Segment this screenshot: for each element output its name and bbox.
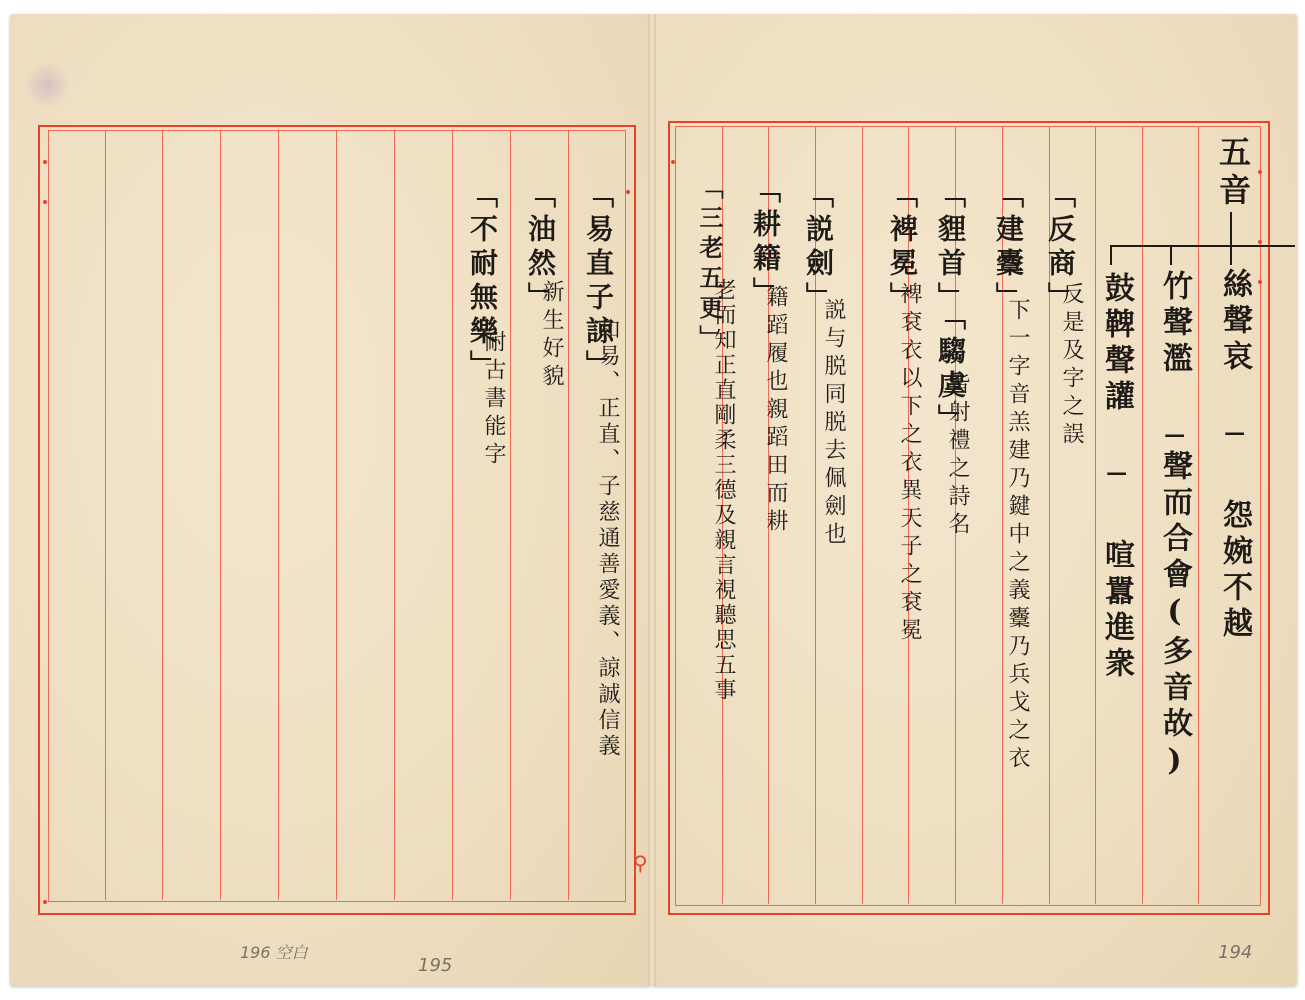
diagram-connector xyxy=(1230,245,1232,265)
right-column-rule xyxy=(862,127,863,904)
entry-term: 「建櫜」 xyxy=(988,180,1028,316)
entry-term: 「説劍」 xyxy=(798,180,838,316)
diagram-branch-2-head: 竹聲濫 ─ xyxy=(1152,270,1196,460)
pencil-note: 196 空白 xyxy=(240,940,308,963)
margin-dot xyxy=(1258,280,1262,284)
left-column-rule xyxy=(510,131,511,900)
entry-note: 耐古書能字 xyxy=(478,330,509,470)
page-number-left: 195 xyxy=(418,955,452,976)
entry-note: 下一字音羔建乃鍵中之義櫜乃兵戈之衣 xyxy=(1002,298,1033,774)
right-column-rule xyxy=(1198,127,1199,904)
left-column-rule xyxy=(568,131,569,900)
diagram-connector xyxy=(1110,245,1112,265)
diagram-branch-3: 鼓鞞聲讙 ─ 喧囂進衆 xyxy=(1094,272,1138,683)
book-gutter xyxy=(648,14,656,986)
diagram-connector xyxy=(1170,245,1172,265)
page-number-right: 194 xyxy=(1218,942,1252,963)
margin-dot xyxy=(1258,240,1262,244)
entry-note: 老而知正直剛柔三德及親言視聽思五事 xyxy=(708,278,739,703)
left-column-rule xyxy=(452,131,453,900)
diagram-branch-2-tail: 聲而合會(多音故) xyxy=(1152,450,1196,784)
diagram-branch-1: 絲聲哀 ─ 怨婉不越 xyxy=(1212,268,1256,643)
ink-stain xyxy=(25,60,70,110)
left-column-rule xyxy=(278,131,279,900)
left-column-rule xyxy=(105,131,106,900)
left-column-rule xyxy=(162,131,163,900)
margin-dot xyxy=(671,160,675,164)
entry-note: 説与脱同脱去佩劍也 xyxy=(818,298,849,550)
margin-dot xyxy=(1258,170,1262,174)
left-column-rule xyxy=(336,131,337,900)
entry-note: 新生好貌 xyxy=(536,280,567,392)
left-column-rule xyxy=(394,131,395,900)
margin-dot xyxy=(43,160,47,164)
entry-note: 籍蹈履也親蹈田而耕 xyxy=(760,285,791,537)
margin-dot xyxy=(43,200,47,204)
entry-note: 裨袞衣以下之衣異天子之袞冕 xyxy=(894,282,925,646)
diagram-connector xyxy=(1110,245,1295,247)
margin-dot xyxy=(626,190,630,194)
left-column-rule xyxy=(220,131,221,900)
section-title: 五音 xyxy=(1210,135,1256,211)
entry-note: 反是及字之誤 xyxy=(1056,282,1087,450)
right-column-rule xyxy=(1142,127,1143,904)
entry-note: 和易、正直、子慈通善愛義、諒誠信義 xyxy=(592,318,623,760)
entry-note: 皆射禮之詩名 xyxy=(942,372,973,540)
margin-dot xyxy=(43,900,47,904)
fish-tail-ornament-icon: ⚲ xyxy=(633,853,648,873)
